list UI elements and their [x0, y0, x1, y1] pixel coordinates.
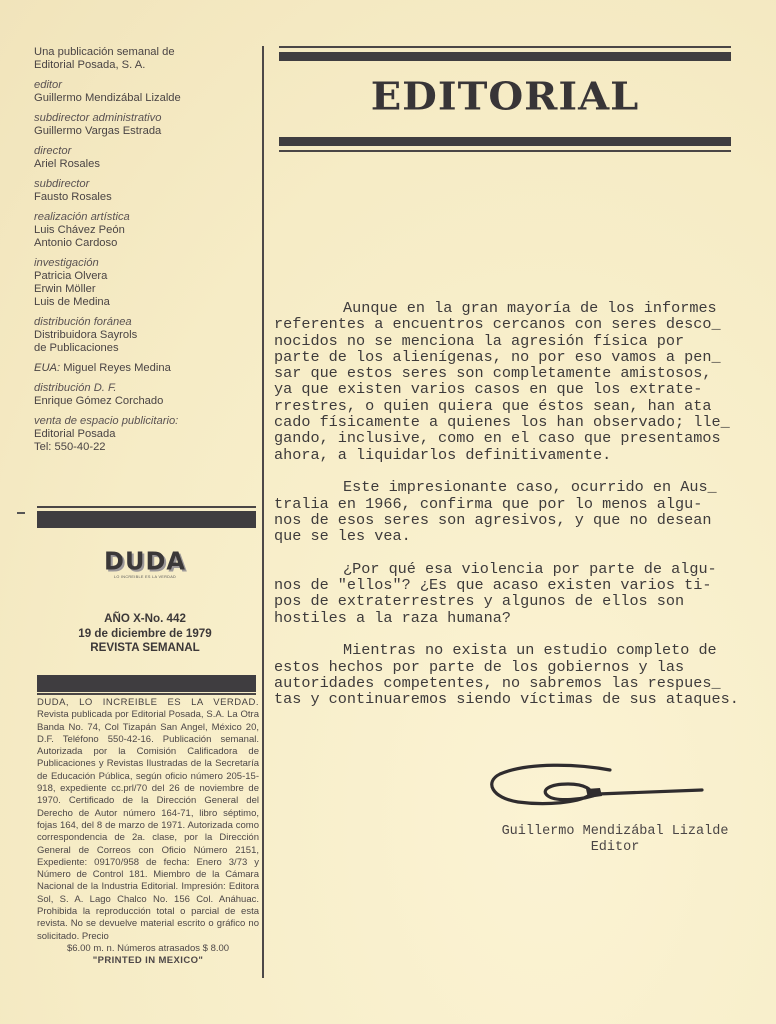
- header-rule-top: [279, 46, 731, 48]
- text-line: hostiles a la raza humana?: [274, 610, 774, 626]
- logo-text: DUDA: [34, 547, 256, 574]
- text-line: nos de esos seres son agresivos, y que n…: [274, 512, 774, 528]
- credit-name: Enrique Gómez Corchado: [34, 395, 256, 408]
- text-line: ahora, a liquidarlos definitivamente.: [274, 447, 774, 463]
- signature-title: Editor: [440, 840, 776, 856]
- header-rule-bottom: [279, 150, 731, 152]
- credit-name: Guillermo Vargas Estrada: [34, 125, 256, 138]
- editorial-paragraph: Aunque en la gran mayoría de los informe…: [274, 300, 774, 463]
- text-line: ya que existen varios casos en que los e…: [274, 381, 774, 397]
- divider-rule: [37, 506, 256, 508]
- issue-info: AÑO X-No. 442 19 de diciembre de 1979 RE…: [34, 612, 256, 656]
- editorial-body: Aunque en la gran mayoría de los informe…: [274, 300, 774, 724]
- text-line: nos de "ellos"? ¿Es que acaso existen va…: [274, 577, 774, 593]
- credit-name: Antonio Cardoso: [34, 237, 256, 250]
- text-line: parte de los alienígenas, no por eso vam…: [274, 349, 774, 365]
- credit-block: directorAriel Rosales: [34, 145, 256, 171]
- printed-in-mexico: "PRINTED IN MEXICO": [37, 955, 259, 967]
- credit-name: Guillermo Mendizábal Lizalde: [34, 92, 256, 105]
- credit-name: Ariel Rosales: [34, 158, 256, 171]
- credit-role: director: [34, 145, 256, 158]
- credit-block: subdirector administrativoGuillermo Varg…: [34, 112, 256, 138]
- credit-role: realización artística: [34, 211, 256, 224]
- text-line: rrestres, o quien quiera que éstos sean,…: [274, 398, 774, 414]
- masthead-intro: Una publicación semanal de Editorial Pos…: [34, 46, 256, 72]
- signature-icon: [488, 762, 708, 817]
- legal-heading: DUDA, LO INCREIBLE ES LA VERDAD.: [37, 697, 259, 709]
- text-line: Este impresionante caso, ocurrido en Aus…: [274, 479, 774, 495]
- text-line: sar que estos seres son completamente am…: [274, 365, 774, 381]
- divider-rule: [37, 693, 256, 695]
- credit-block: subdirectorFausto Rosales: [34, 178, 256, 204]
- credit-role: distribución D. F.: [34, 382, 256, 395]
- credit-block: investigaciónPatricia OlveraErwin Möller…: [34, 257, 256, 309]
- text-line: nocidos no se menciona la agresión físic…: [274, 333, 774, 349]
- magazine-logo: DUDA LO INCREIBLE ES LA VERDAD: [34, 548, 256, 579]
- credit-role: distribución foránea: [34, 316, 256, 329]
- column-divider: [262, 46, 264, 978]
- credit-block: venta de espacio publicitario:Editorial …: [34, 415, 256, 454]
- credits-list-2: distribución D. F.Enrique Gómez Corchado…: [34, 382, 256, 454]
- credit-name: Editorial Posada: [34, 428, 256, 441]
- credit-role: investigación: [34, 257, 256, 270]
- masthead: Una publicación semanal de Editorial Pos…: [34, 46, 256, 461]
- credit-name: Patricia Olvera: [34, 270, 256, 283]
- signature-name: Guillermo Mendizábal Lizalde: [440, 824, 776, 840]
- credit-block: distribución D. F.Enrique Gómez Corchado: [34, 382, 256, 408]
- text-line: tas y continuaremos siendo víctimas de s…: [274, 691, 774, 707]
- margin-mark: [17, 512, 25, 514]
- credits-list: editorGuillermo Mendizábal Lizaldesubdir…: [34, 79, 256, 355]
- editorial-paragraph: ¿Por qué esa violencia por parte de algu…: [274, 561, 774, 626]
- credit-name: Fausto Rosales: [34, 191, 256, 204]
- text-line: referentes a encuentros cercanos con ser…: [274, 316, 774, 332]
- issue-type: REVISTA SEMANAL: [34, 641, 256, 656]
- editorial-title: EDITORIAL: [279, 71, 731, 122]
- signature-block: Guillermo Mendizábal Lizalde Editor: [440, 824, 776, 856]
- credit-role: editor: [34, 79, 256, 92]
- credit-name: de Publicaciones: [34, 342, 256, 355]
- text-line: Aunque en la gran mayoría de los informe…: [274, 300, 774, 316]
- divider-bar: [37, 675, 256, 692]
- text-line: tralia en 1966, confirma que por lo meno…: [274, 496, 774, 512]
- credit-role: subdirector administrativo: [34, 112, 256, 125]
- legal-text: Revista publicada por Editorial Posada, …: [37, 709, 259, 941]
- text-line: cado físicamente a quienes los han obser…: [274, 414, 774, 430]
- text-line: ¿Por qué esa violencia por parte de algu…: [274, 561, 774, 577]
- text-line: Mientras no exista un estudio completo d…: [274, 642, 774, 658]
- credit-name: Luis Chávez Peón: [34, 224, 256, 237]
- legal-price: $6.00 m. n. Números atrasados $ 8.00: [37, 943, 259, 955]
- credit-block: editorGuillermo Mendizábal Lizalde: [34, 79, 256, 105]
- editorial-paragraph: Este impresionante caso, ocurrido en Aus…: [274, 479, 774, 544]
- credit-name: Tel: 550-40-22: [34, 441, 256, 454]
- text-line: autoridades competentes, no sabremos las…: [274, 675, 774, 691]
- text-line: gando, inclusive, como en el caso que pr…: [274, 430, 774, 446]
- header-bar-bottom: [279, 137, 731, 146]
- credit-name: Luis de Medina: [34, 296, 256, 309]
- divider-bar: [37, 511, 256, 528]
- credit-eua: EUA: Miguel Reyes Medina: [34, 362, 256, 375]
- header-bar-top: [279, 52, 731, 61]
- issue-date: 19 de diciembre de 1979: [34, 627, 256, 642]
- credit-name: Erwin Möller: [34, 283, 256, 296]
- legal-notice: DUDA, LO INCREIBLE ES LA VERDAD. Revista…: [37, 697, 259, 968]
- credit-block: realización artísticaLuis Chávez PeónAnt…: [34, 211, 256, 250]
- editorial-paragraph: Mientras no exista un estudio completo d…: [274, 642, 774, 707]
- issue-number: AÑO X-No. 442: [34, 612, 256, 627]
- credit-role: subdirector: [34, 178, 256, 191]
- text-line: estos hechos por parte de los gobiernos …: [274, 659, 774, 675]
- credit-name: Distribuidora Sayrols: [34, 329, 256, 342]
- text-line: que se les vea.: [274, 528, 774, 544]
- text-line: pos de extraterrestres y algunos de ello…: [274, 593, 774, 609]
- credit-role: venta de espacio publicitario:: [34, 415, 256, 428]
- credit-block: distribución foráneaDistribuidora Sayrol…: [34, 316, 256, 355]
